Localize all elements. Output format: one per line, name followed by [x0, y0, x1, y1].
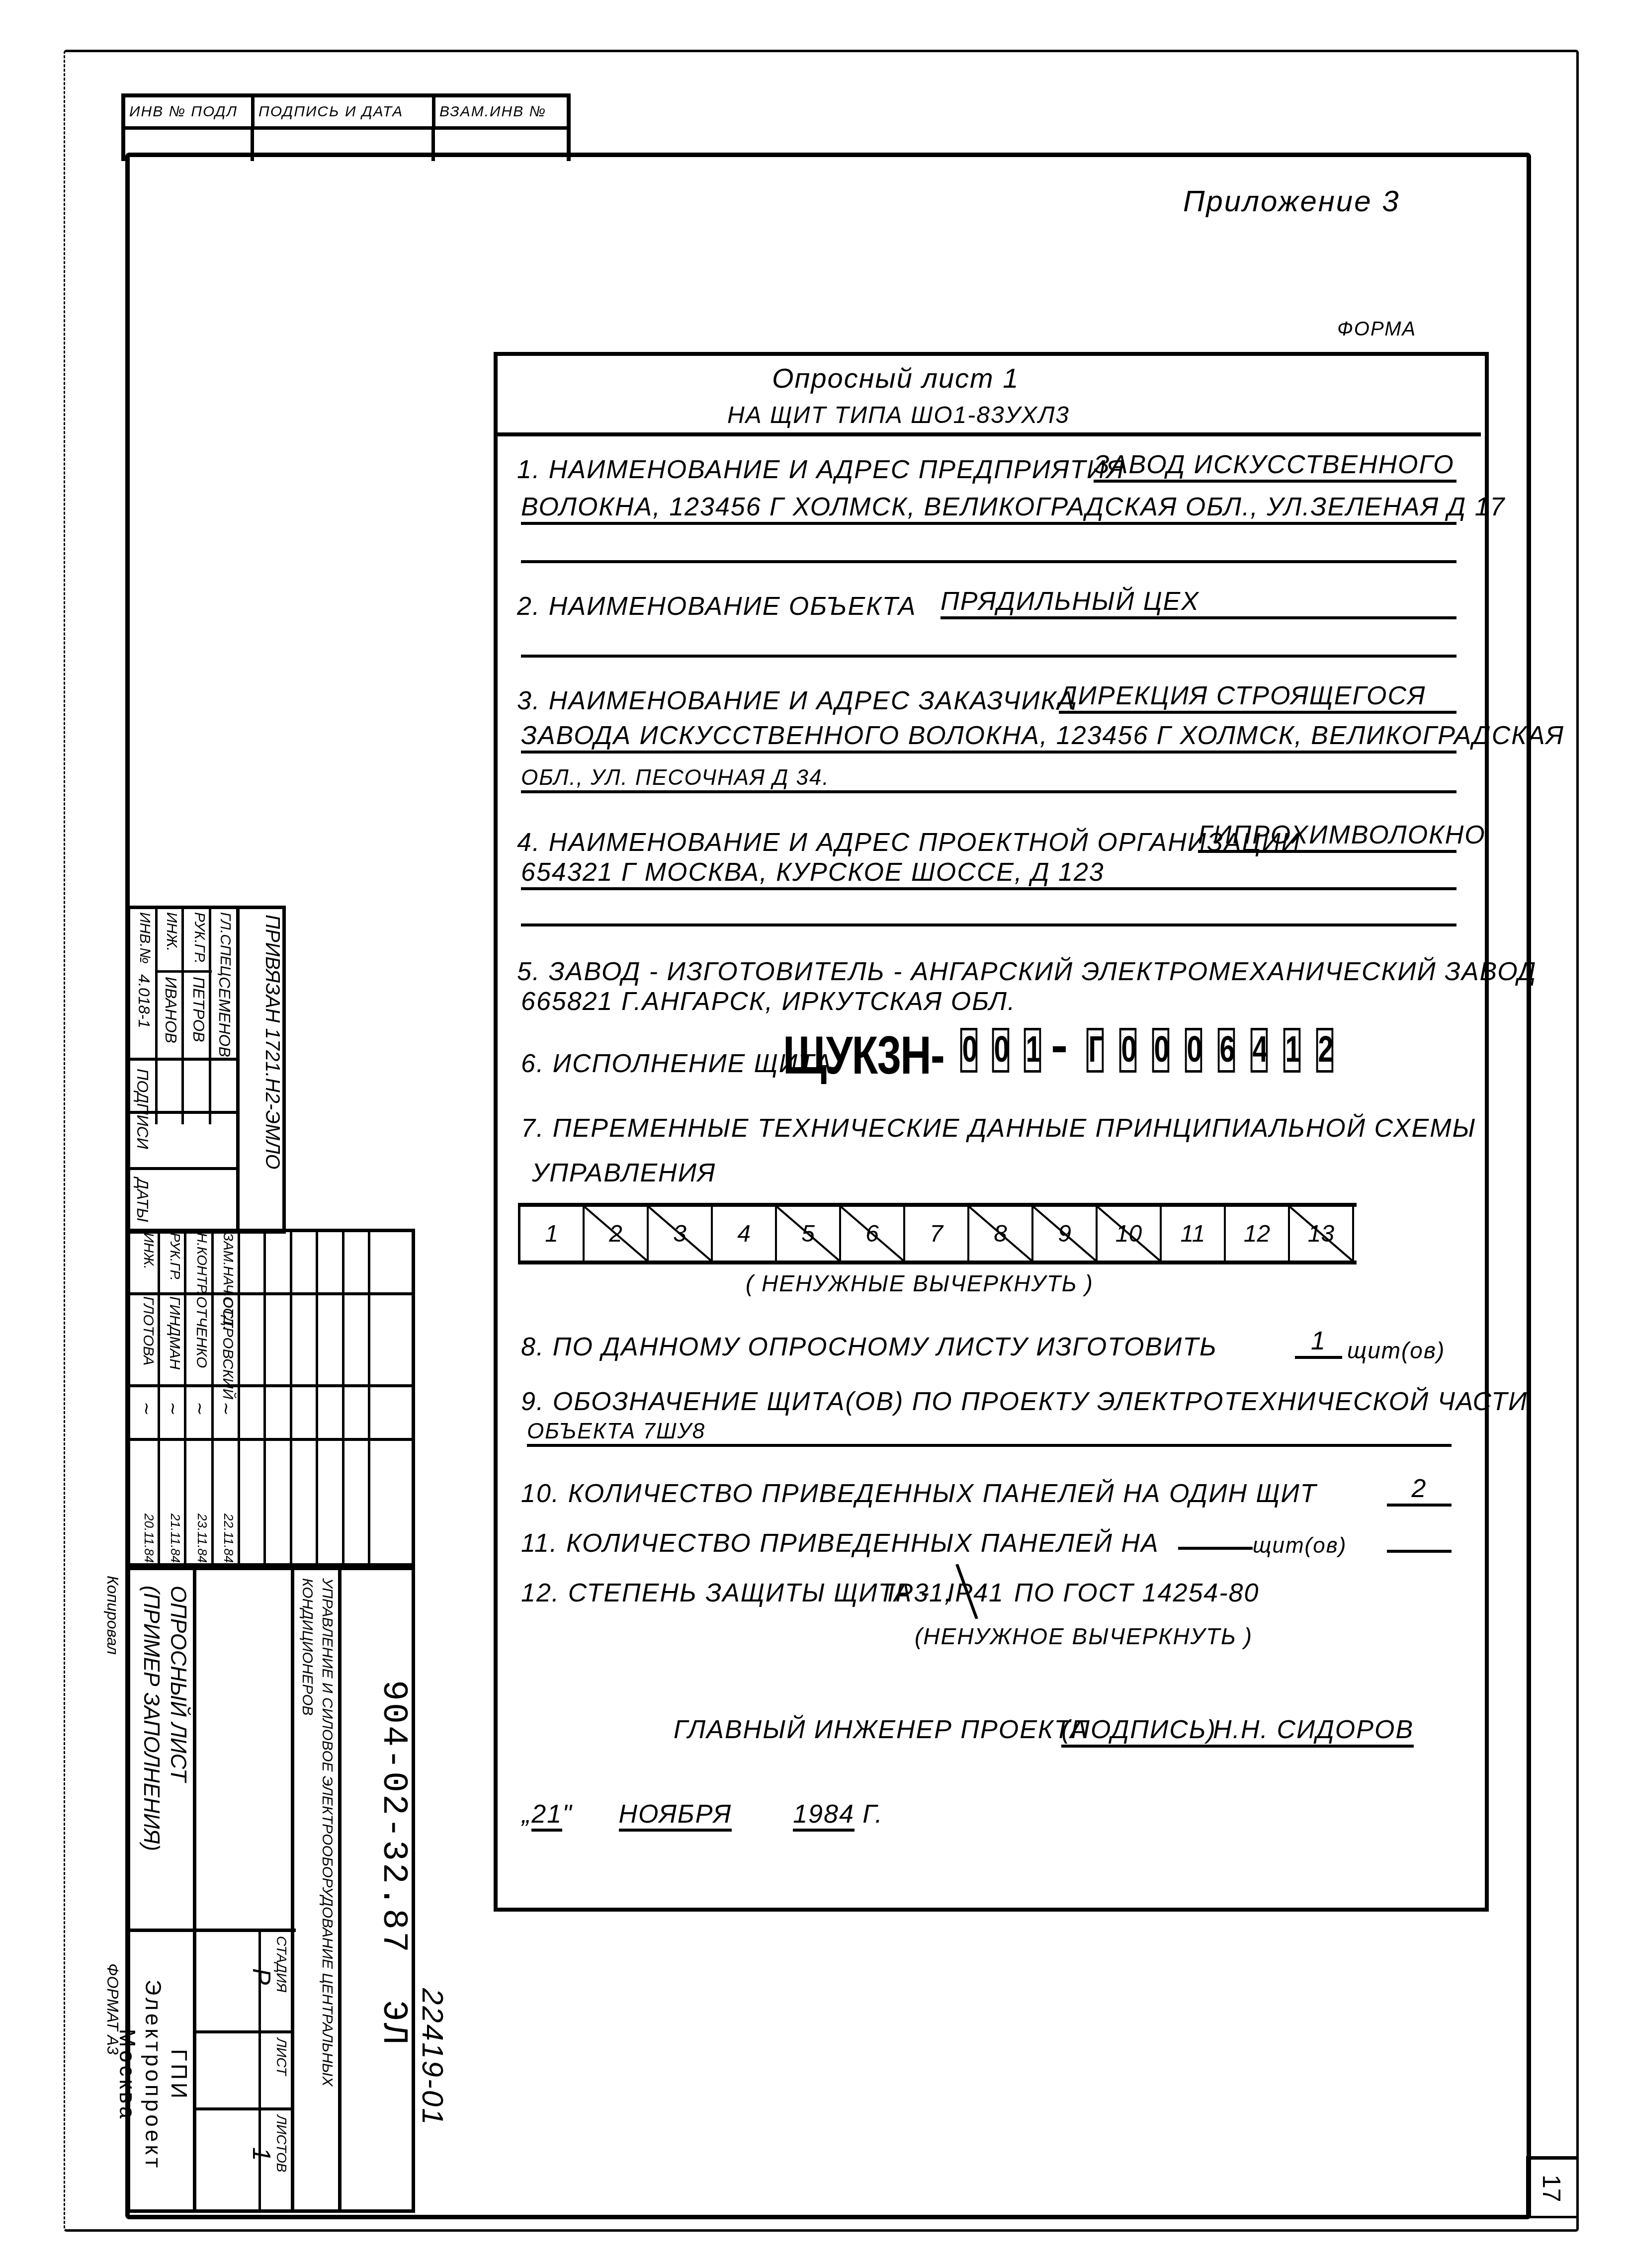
- scheme-variant-cell[interactable]: 8: [969, 1207, 1033, 1260]
- stamp-role: Гл.спец: [217, 912, 234, 976]
- scheme-variant-cell[interactable]: 12: [1226, 1207, 1290, 1260]
- item-2-label: 2. Наименование объекта: [517, 591, 917, 621]
- strike-mark-icon: [952, 1564, 982, 1619]
- code-char-box[interactable]: 1: [1024, 1028, 1041, 1073]
- item-12-label: 12. Степень защиты щита -: [521, 1578, 930, 1608]
- project-title: Управление и силовое электрооборудование…: [297, 1578, 337, 2150]
- stamp-name: Петров: [189, 977, 208, 1042]
- approval-date: 21.11.84: [168, 1513, 183, 1563]
- code-char-box[interactable]: 0: [992, 1028, 1010, 1073]
- item-1-label: 1. Наименование и адрес предприятия: [517, 455, 1125, 485]
- item-11-label: 11. Количество приведенных панелей на: [521, 1528, 1159, 1558]
- scheme-variant-cell[interactable]: 6: [841, 1207, 905, 1260]
- dates-label: Даты: [133, 1178, 152, 1222]
- scheme-variant-number: 12: [1244, 1220, 1270, 1248]
- scheme-variant-number: 1: [545, 1220, 558, 1248]
- sheet-title: Опросный лист(пример заполнения): [138, 1586, 191, 1851]
- item-11-count-blank[interactable]: [1178, 1547, 1253, 1550]
- item-10-label: 10. Количество приведенных панелей на од…: [521, 1479, 1317, 1509]
- form-subtitle: на щит типа ШО1-83УХЛ3: [727, 402, 1070, 429]
- strike-diagonal-icon: [969, 1207, 1031, 1260]
- format-label: Формат А3: [103, 1963, 122, 2055]
- item-12-note: (ненужное вычеркнуть ): [915, 1623, 1253, 1650]
- code-char-box[interactable]: 1: [1283, 1028, 1301, 1073]
- item-4-value-line2[interactable]: 654321 г Москва, Курское шоссе, д 123: [521, 857, 1456, 890]
- top-stamp: Инв № подл Подпись и дата Взам.инв №: [121, 93, 571, 161]
- code-char-box[interactable]: 0: [960, 1028, 978, 1073]
- handwritten-signature-icon: ~: [137, 1402, 157, 1416]
- scheme-variant-number: 7: [930, 1220, 943, 1248]
- appendix-label: Приложение 3: [1183, 184, 1400, 218]
- date-month[interactable]: ноября: [619, 1800, 732, 1832]
- scheme-variant-cell[interactable]: 7: [905, 1207, 969, 1260]
- strike-diagonal-icon: [585, 1207, 647, 1260]
- item-8-label: 8. По данному опросному листу изготовить: [521, 1332, 1217, 1362]
- date-year[interactable]: 1984: [793, 1800, 855, 1832]
- item-9-value[interactable]: объекта 7ШУ8: [527, 1419, 1452, 1447]
- code-char-box[interactable]: 0: [1152, 1028, 1170, 1073]
- item-11-unit: щит(ов): [1253, 1533, 1347, 1558]
- item-7-label-line2: управления: [532, 1158, 716, 1188]
- item-12-standard: по ГОСТ 14254-80: [1014, 1578, 1259, 1608]
- top-stamp-col-inventory: Инв № подл: [125, 97, 255, 126]
- strike-diagonal-icon: [1098, 1207, 1160, 1260]
- form-header: Опросный лист 1 на щит типа ШО1-83УХЛ3: [494, 352, 1481, 436]
- scheme-variant-number: 11: [1181, 1220, 1205, 1248]
- approval-date: 23.11.84: [194, 1513, 210, 1563]
- approval-role: Инж.: [141, 1233, 157, 1269]
- top-stamp-col-replace: Взам.инв №: [435, 97, 563, 126]
- top-stamp-divider: [125, 126, 567, 130]
- item-2-value[interactable]: Прядильный цех: [941, 587, 1456, 619]
- item-3-value-line1[interactable]: Дирекция строящегося: [1059, 681, 1456, 714]
- signature-role: Главный инженер проекта: [674, 1715, 1088, 1745]
- item-7-note: ( ненужные вычеркнуть ): [746, 1270, 1094, 1297]
- item-1-value-line2[interactable]: волокна, 123456 г Холмск, Великоградская…: [521, 492, 1456, 525]
- approval-name: Островский: [219, 1296, 236, 1399]
- item-11-value[interactable]: [1387, 1526, 1452, 1553]
- item-9-label: 9. Обозначение щита(ов) по проекту элект…: [521, 1387, 1528, 1417]
- approval-name: Отченко: [193, 1296, 210, 1368]
- scheme-variant-strip: 12345678910111213: [518, 1203, 1357, 1264]
- sheet-label: Лист: [273, 2038, 289, 2076]
- approval-role: Н.контр.: [194, 1233, 210, 1295]
- copied-by: Копировал: [103, 1576, 122, 1655]
- item-12-option-ip31[interactable]: IP31,: [887, 1578, 952, 1608]
- scheme-variant-cell[interactable]: 10: [1098, 1207, 1162, 1260]
- item-3-value-line3[interactable]: обл., ул. Песочная д 34.: [521, 765, 1456, 793]
- item-10-value[interactable]: 2: [1387, 1474, 1452, 1507]
- scheme-variant-cell[interactable]: 3: [649, 1207, 713, 1260]
- item-6-code-prefix: ЩУК3Н-: [783, 1024, 944, 1086]
- scheme-variant-cell[interactable]: 9: [1033, 1207, 1098, 1260]
- date-day[interactable]: 21: [531, 1800, 562, 1832]
- strike-diagonal-icon: [649, 1207, 711, 1260]
- code-char-box[interactable]: 0: [1119, 1028, 1137, 1073]
- code-char-box[interactable]: Г: [1087, 1028, 1104, 1073]
- stamp-role: Рук.гр.: [191, 912, 208, 964]
- item-8-value[interactable]: 1: [1295, 1326, 1342, 1359]
- item-7-label-line1: 7. Переменные технические данные принцип…: [521, 1113, 1476, 1143]
- binding-label: Привязан 1721.Н2-ЭМЛО: [261, 915, 283, 1170]
- doc-code: 904-02-32.87 ЭЛ: [373, 1680, 413, 2046]
- strike-diagonal-icon: [841, 1207, 903, 1260]
- stamp-role: Инв.№: [136, 912, 153, 964]
- handwritten-signature-icon: ~: [190, 1402, 210, 1416]
- scheme-variant-cell[interactable]: 4: [713, 1207, 777, 1260]
- strike-diagonal-icon: [777, 1207, 839, 1260]
- approval-date: 20.11.84: [141, 1513, 157, 1563]
- item-8-unit: щит(ов): [1347, 1337, 1445, 1364]
- signatures-label: Подписи: [133, 1069, 152, 1149]
- item-5-text-line2: 665821 г.Ангарск, Иркутская обл.: [521, 987, 1016, 1016]
- organization: ГПИЭлектропроектМосква: [114, 1946, 191, 2204]
- item-4-label: 4. Наименование и адрес проектной органи…: [517, 828, 1301, 857]
- signature-field[interactable]: (Подпись): [1061, 1715, 1216, 1748]
- code-char-box[interactable]: 0: [1185, 1028, 1202, 1073]
- stamp-name: 4.018-1: [135, 974, 153, 1028]
- sheets-label: Листов: [273, 2115, 289, 2172]
- approval-role: Рук.гр.: [167, 1233, 183, 1281]
- scheme-variant-number: 4: [737, 1220, 751, 1248]
- code-char-box[interactable]: 4: [1251, 1028, 1268, 1073]
- approval-date: 22.11.84: [221, 1513, 236, 1563]
- scheme-variant-cell[interactable]: 13: [1290, 1207, 1354, 1260]
- code-char-box[interactable]: 6: [1218, 1028, 1235, 1073]
- stamp-name: Семенов: [215, 977, 234, 1057]
- inventory-number: 22419-01: [416, 1988, 450, 2126]
- handwritten-signature-icon: ~: [163, 1402, 183, 1416]
- scheme-variant-cell[interactable]: 11: [1162, 1207, 1226, 1260]
- scheme-variant-cell[interactable]: 2: [585, 1207, 649, 1260]
- stage-value[interactable]: Р: [247, 1968, 276, 1985]
- item-3-label: 3. Наименование и адрес заказчика: [517, 686, 1075, 716]
- sheets-value[interactable]: 1: [247, 2147, 276, 2161]
- approval-name: Глотова: [140, 1296, 157, 1365]
- stamp-name: Иванов: [162, 977, 180, 1043]
- page-number: 17: [1537, 2175, 1566, 2202]
- strike-diagonal-icon: [1290, 1207, 1352, 1260]
- form-label: Форма: [1337, 318, 1416, 340]
- item-4-value-line1[interactable]: Гипрохимволокно: [1198, 820, 1456, 853]
- signature-name: Н.Н. Сидоров: [1213, 1715, 1414, 1748]
- item-3-value-line2[interactable]: завода искусственного волокна, 123456 г …: [521, 721, 1456, 754]
- item-12-option-ip41[interactable]: IP41: [947, 1578, 1004, 1608]
- item-5-text-line1: 5. Завод - изготовитель - Ангарский элек…: [517, 957, 1537, 987]
- item-6-code-separator: [1053, 1046, 1066, 1052]
- scheme-variant-cell[interactable]: 5: [777, 1207, 841, 1260]
- approval-name: Гиндман: [166, 1296, 183, 1369]
- handwritten-signature-icon: ~: [216, 1402, 236, 1416]
- top-stamp-col-signature: Подпись и дата: [255, 97, 435, 126]
- date-line: „21" ноября 1984 г.: [522, 1799, 883, 1829]
- form-title: Опросный лист 1: [772, 362, 1019, 394]
- stamp-role: Инж.: [163, 912, 180, 951]
- date-year-suffix: г.: [862, 1800, 883, 1829]
- scheme-variant-cell[interactable]: 1: [520, 1207, 585, 1260]
- item-1-value-line1[interactable]: Завод искусственного: [1094, 450, 1456, 483]
- strike-diagonal-icon: [1033, 1207, 1096, 1260]
- code-char-box[interactable]: 2: [1316, 1028, 1334, 1073]
